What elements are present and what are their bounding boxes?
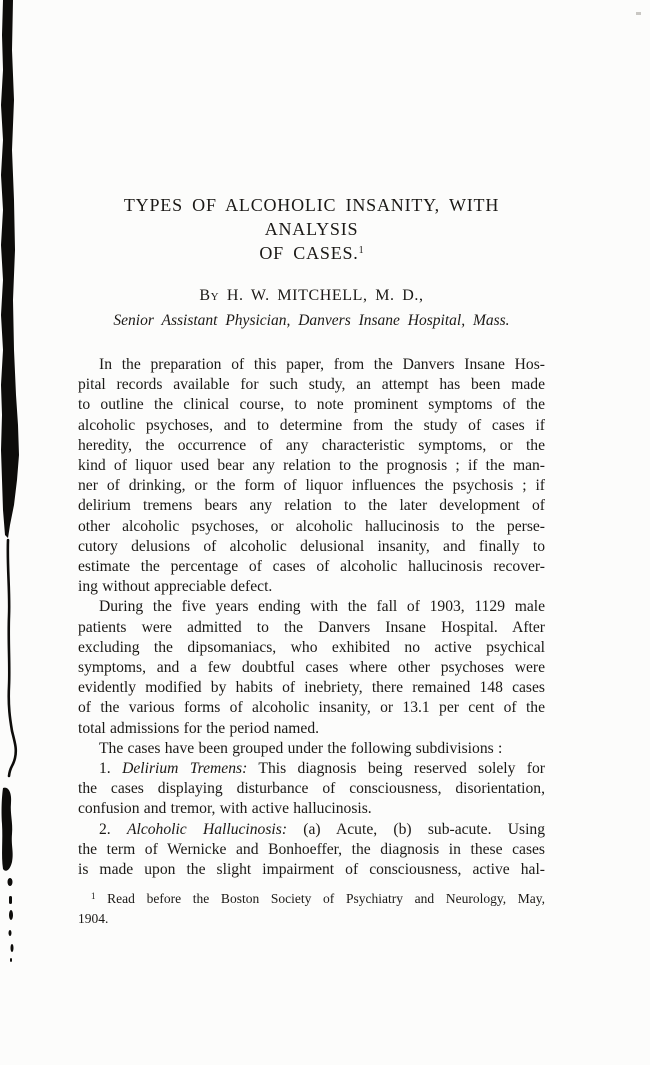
text-line: delirium tremens bears any relation to t…: [78, 496, 545, 516]
text-line: other alcoholic psychoses, or alcoholic …: [78, 517, 545, 537]
text-line: the term of Wernicke and Bonhoeffer, the…: [78, 840, 545, 860]
footnote: 1 Read before the Boston Society of Psyc…: [78, 889, 545, 928]
paragraph: 1. Delirium Tremens: This diagnosis bein…: [78, 759, 545, 820]
text-line: 1904.: [78, 909, 545, 929]
title-line-1: TYPES OF ALCOHOLIC INSANITY, WITH ANALYS…: [78, 193, 545, 241]
text-line: confusion and tremor, with active halluc…: [78, 799, 545, 819]
title-footnote-ref: 1: [359, 245, 364, 256]
text-column: TYPES OF ALCOHOLIC INSANITY, WITH ANALYS…: [78, 0, 545, 928]
text-line: 1. Delirium Tremens: This diagnosis bein…: [78, 759, 545, 779]
paragraph: During the five years ending with the fa…: [78, 597, 545, 738]
title-line-2-text: OF CASES.: [259, 243, 358, 263]
text-line: is made upon the slight impairment of co…: [78, 860, 545, 880]
scan-speck: [636, 12, 641, 15]
paragraph: The cases have been grouped under the fo…: [78, 739, 545, 759]
body-paragraphs: In the preparation of this paper, from t…: [78, 355, 545, 880]
text-line: symptoms, and a few doubtful cases where…: [78, 658, 545, 678]
text-line: estimate the percentage of cases of alco…: [78, 557, 545, 577]
text-line: In the preparation of this paper, from t…: [78, 355, 545, 375]
byline: By H. W. MITCHELL, M. D.,: [78, 286, 545, 305]
text-line: During the five years ending with the fa…: [78, 597, 545, 617]
scan-artifact-left: [0, 0, 40, 1065]
title-line-2: OF CASES.1: [78, 241, 545, 265]
paragraph: In the preparation of this paper, from t…: [78, 355, 545, 597]
text-line: ing without appreciable defect.: [78, 577, 545, 597]
text-line: kind of liquor used bear any relation to…: [78, 456, 545, 476]
text-line: ner of drinking, or the form of liquor i…: [78, 476, 545, 496]
text-line: pital records available for such study, …: [78, 375, 545, 395]
page-title: TYPES OF ALCOHOLIC INSANITY, WITH ANALYS…: [78, 193, 545, 265]
text-line: evidently modified by habits of inebriet…: [78, 678, 545, 698]
text-line: heredity, the occurrence of any characte…: [78, 436, 545, 456]
affiliation: Senior Assistant Physician, Danvers Insa…: [78, 312, 545, 330]
text-line: patients were admitted to the Danvers In…: [78, 618, 545, 638]
text-line: the cases displaying disturbance of cons…: [78, 779, 545, 799]
text-line: 2. Alcoholic Hallucinosis: (a) Acute, (b…: [78, 820, 545, 840]
paragraph: 2. Alcoholic Hallucinosis: (a) Acute, (b…: [78, 820, 545, 881]
scanned-page: TYPES OF ALCOHOLIC INSANITY, WITH ANALYS…: [0, 0, 650, 1065]
text-line: of the various forms of alcoholic insani…: [78, 698, 545, 718]
text-line: to outline the clinical course, to note …: [78, 395, 545, 415]
text-line: 1 Read before the Boston Society of Psyc…: [78, 889, 545, 909]
text-line: The cases have been grouped under the fo…: [78, 739, 545, 759]
text-line: alcoholic psychoses, and to determine fr…: [78, 416, 545, 436]
text-line: total admissions for the period named.: [78, 719, 545, 739]
text-line: cutory delusions of alcoholic delusional…: [78, 537, 545, 557]
text-line: excluding the dipsomaniacs, who exhibite…: [78, 638, 545, 658]
